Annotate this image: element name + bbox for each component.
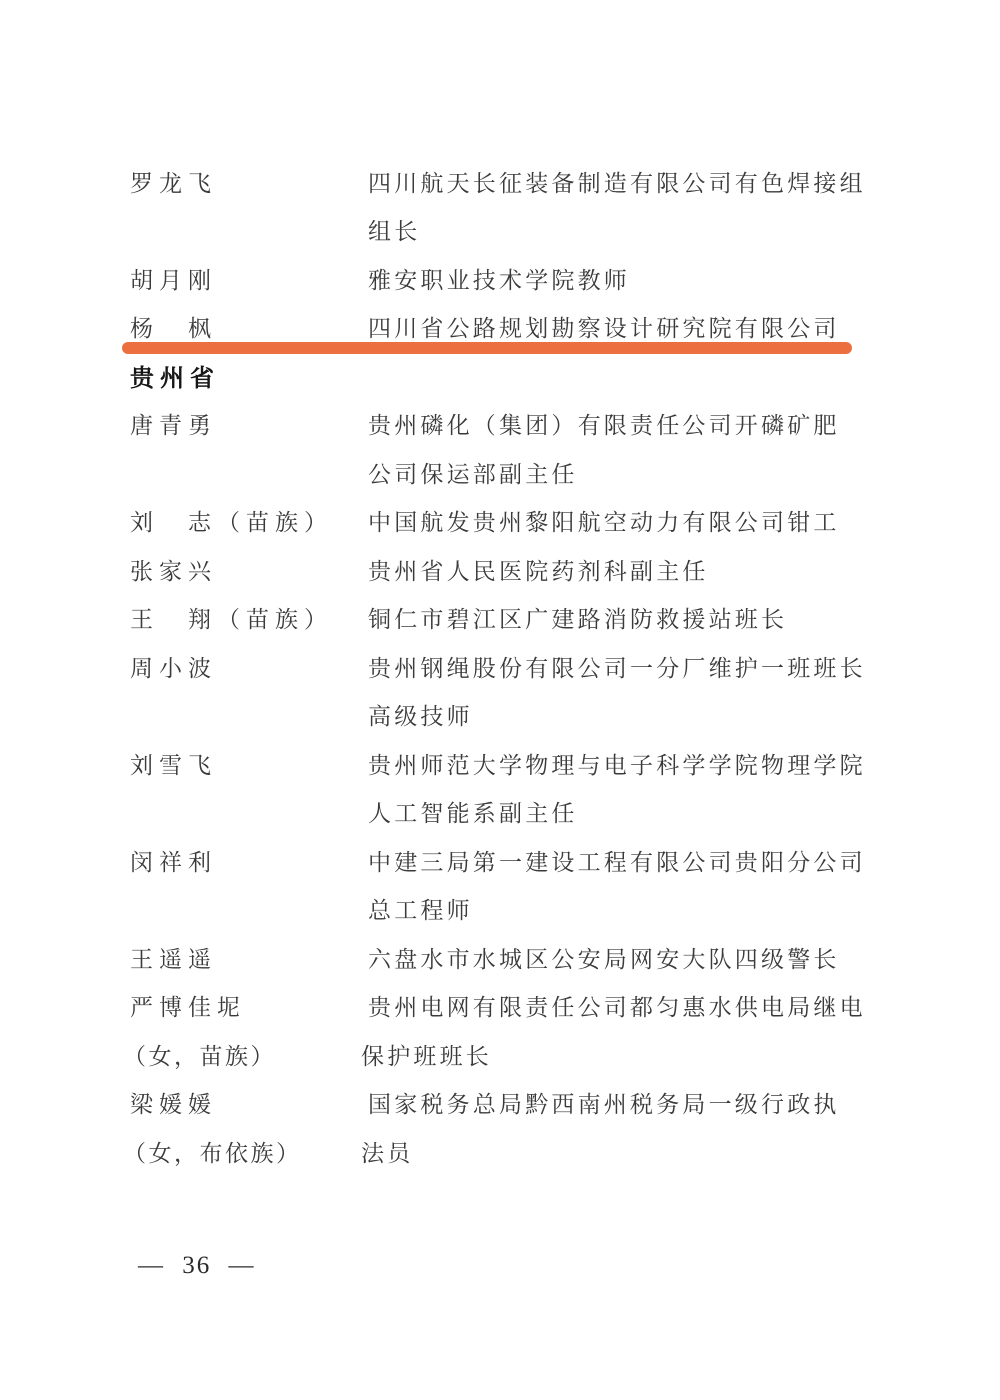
person-name: 刘 志（苗族）	[130, 504, 368, 537]
person-name: 王 翔（苗族）	[130, 601, 368, 634]
section-heading: 贵州省	[130, 358, 220, 393]
person-name: 王遥遥	[130, 941, 368, 974]
person-name: 唐青勇	[130, 407, 368, 440]
organization-line: 六盘水市水城区公安局网安大队四级警长	[368, 941, 890, 974]
entry-row: 严博佳坭 贵州电网有限责任公司都匀惠水供电局继电	[130, 982, 890, 1031]
organization-line: 组长	[368, 213, 890, 246]
organization-line: 四川航天长征装备制造有限公司有色焊接组	[368, 165, 890, 198]
entry-row: 组长	[130, 206, 890, 255]
organization-line: 中建三局第一建设工程有限公司贵阳分公司	[368, 844, 890, 877]
entry-row: 高级技师	[130, 691, 890, 740]
entry-row: 周小波 贵州钢绳股份有限公司一分厂维护一班班长	[130, 642, 890, 691]
entry-row: 唐青勇 贵州磷化（集团）有限责任公司开磷矿肥	[130, 400, 890, 449]
organization-line: 公司保运部副主任	[368, 456, 890, 489]
organization-line: 贵州师范大学物理与电子科学学院物理学院	[368, 747, 890, 780]
entry-row: 王遥遥 六盘水市水城区公安局网安大队四级警长	[130, 933, 890, 982]
person-name: 张家兴	[130, 553, 368, 586]
organization-line: 贵州省人民医院药剂科副主任	[368, 553, 890, 586]
person-name: 罗龙飞	[130, 165, 368, 198]
entry-row: 闵祥利 中建三局第一建设工程有限公司贵阳分公司	[130, 836, 890, 885]
organization-line: 国家税务总局黔西南州税务局一级行政执	[368, 1086, 890, 1119]
person-name: 刘雪飞	[130, 747, 368, 780]
person-name: 周小波	[130, 650, 368, 683]
person-name: （女，布依族）	[123, 1135, 361, 1168]
section-heading-row: 贵州省	[130, 351, 890, 400]
entry-row: （女，布依族） 法员	[130, 1127, 890, 1176]
entry-row: （女，苗族） 保护班班长	[130, 1030, 890, 1079]
entry-row: 总工程师	[130, 885, 890, 934]
organization-line: 铜仁市碧江区广建路消防救援站班长	[368, 601, 890, 634]
entry-row: 胡月刚 雅安职业技术学院教师	[130, 254, 890, 303]
person-name: 梁媛媛	[130, 1086, 368, 1119]
organization-line: 贵州电网有限责任公司都匀惠水供电局继电	[368, 989, 890, 1022]
person-name: 胡月刚	[130, 262, 368, 295]
organization-line: 贵州磷化（集团）有限责任公司开磷矿肥	[368, 407, 890, 440]
organization-line: 中国航发贵州黎阳航空动力有限公司钳工	[368, 504, 890, 537]
honoree-list: 罗龙飞 四川航天长征装备制造有限公司有色焊接组 组长 胡月刚 雅安职业技术学院教…	[130, 157, 890, 1176]
page-number: — 36 —	[138, 1252, 256, 1280]
person-name: 闵祥利	[130, 844, 368, 877]
organization-line: 高级技师	[368, 698, 890, 731]
person-name: 严博佳坭	[130, 989, 368, 1022]
organization-line: 保护班班长	[361, 1038, 890, 1071]
organization-line: 人工智能系副主任	[368, 795, 890, 828]
entry-row: 王 翔（苗族） 铜仁市碧江区广建路消防救援站班长	[130, 594, 890, 643]
entry-row: 梁媛媛 国家税务总局黔西南州税务局一级行政执	[130, 1079, 890, 1128]
organization-line: 总工程师	[368, 892, 890, 925]
organization-line: 贵州钢绳股份有限公司一分厂维护一班班长	[368, 650, 890, 683]
person-name: （女，苗族）	[123, 1038, 361, 1071]
entry-row: 刘雪飞 贵州师范大学物理与电子科学学院物理学院	[130, 739, 890, 788]
organization-line: 法员	[361, 1135, 890, 1168]
entry-row: 人工智能系副主任	[130, 788, 890, 837]
entry-row: 张家兴 贵州省人民医院药剂科副主任	[130, 545, 890, 594]
organization-line: 四川省公路规划勘察设计研究院有限公司	[368, 310, 890, 343]
entry-row: 杨 枫 四川省公路规划勘察设计研究院有限公司	[130, 303, 890, 352]
person-name: 杨 枫	[130, 310, 368, 343]
entry-row: 公司保运部副主任	[130, 448, 890, 497]
entry-row: 刘 志（苗族） 中国航发贵州黎阳航空动力有限公司钳工	[130, 497, 890, 546]
organization-line: 雅安职业技术学院教师	[368, 262, 890, 295]
document-page: 罗龙飞 四川航天长征装备制造有限公司有色焊接组 组长 胡月刚 雅安职业技术学院教…	[0, 0, 1000, 1400]
entry-row: 罗龙飞 四川航天长征装备制造有限公司有色焊接组	[130, 157, 890, 206]
